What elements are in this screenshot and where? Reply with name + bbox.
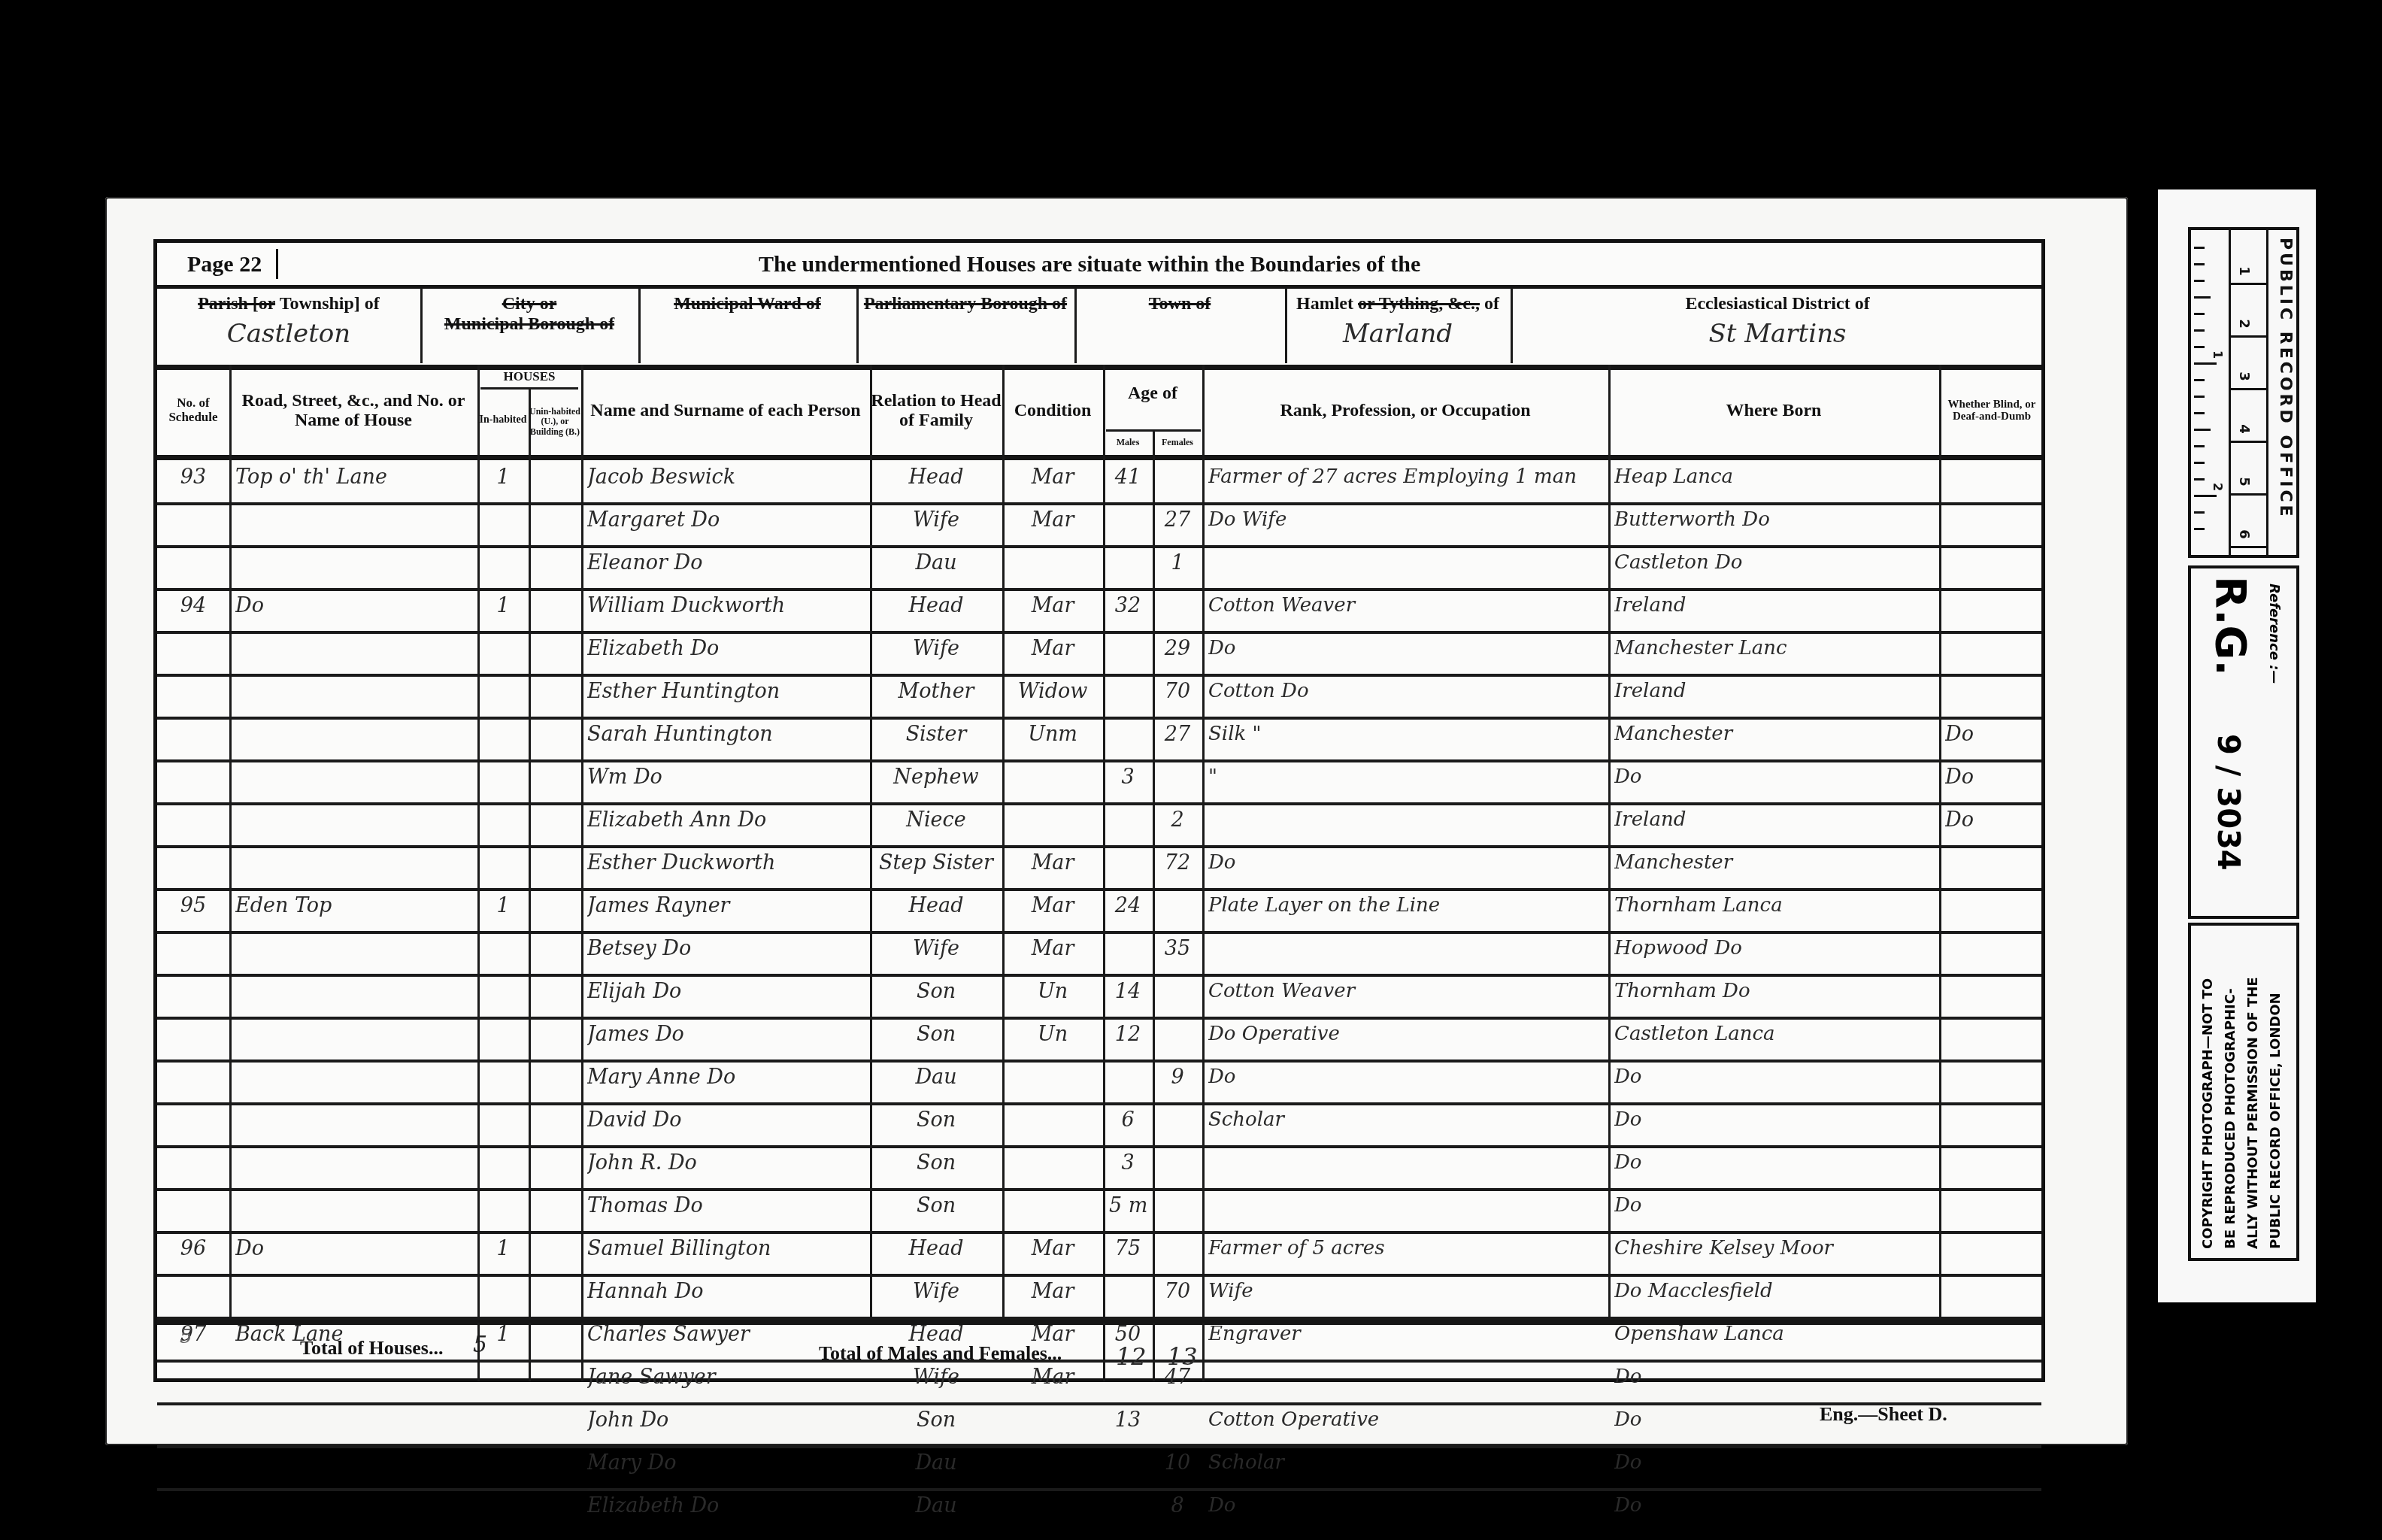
col-header-blind: Whether Blind, or Deaf-and-Dumb — [1939, 369, 2044, 452]
cell-born: Hopwood Do — [1614, 937, 1933, 959]
cell-relation: Dau — [876, 1451, 996, 1475]
table-row: Eleanor DoDau1Castleton Do — [157, 545, 2041, 588]
cell-inhabited: 1 — [483, 1323, 523, 1346]
boundary-label: Hamlet or Tything, &c., of — [1285, 294, 1511, 314]
boundary-label: Town of — [1074, 294, 1285, 314]
table-row: Margaret DoWifeMar27Do WifeButterworth D… — [157, 502, 2041, 545]
total-males: 12 — [1116, 1342, 1147, 1371]
cell-name: Mary Do — [587, 1451, 864, 1475]
table-row: Mary Anne DoDau9DoDo — [157, 1060, 2041, 1102]
boundary-label-part: Parish [or — [198, 294, 275, 314]
cell-female-age: 10 — [1159, 1451, 1196, 1475]
inch-subtick — [2194, 462, 2205, 464]
cell-female-age: 8 — [1159, 1494, 1196, 1517]
totals-column-divider — [581, 1323, 583, 1381]
cell-name: Esther Huntington — [587, 680, 864, 703]
inch-subtick — [2194, 396, 2205, 398]
cm-tick — [2229, 546, 2266, 548]
cell-inhabited: 1 — [483, 465, 523, 489]
cell-born: Do — [1614, 765, 1933, 788]
totals-column-divider — [477, 1323, 480, 1381]
cell-name: Margaret Do — [587, 508, 864, 532]
cell-female-age: 72 — [1159, 851, 1196, 875]
col-header-age: Age of — [1103, 371, 1202, 416]
cell-name: Elizabeth Do — [587, 1494, 864, 1517]
boundary-label-part: Parliamentary Borough of — [864, 294, 1067, 314]
table-row: Elizabeth Ann DoNiece2IrelandDo — [157, 802, 2041, 845]
column-divider — [229, 365, 232, 1320]
boundary-label-part: Ecclesiastical District of — [1685, 294, 1869, 314]
inch-subtick — [2194, 313, 2205, 315]
cell-male-age: 5 mo — [1109, 1194, 1147, 1217]
cell-male-age: 32 — [1109, 594, 1147, 617]
total-houses-label: Total of Houses... — [300, 1337, 443, 1360]
ruler-scale: PUBLIC RECORD OFFICE 123456 12 — [2188, 227, 2299, 558]
table-row: Jane SawyerWifeMar47Do — [157, 1360, 2041, 1402]
boundary-value: Castleton — [157, 319, 420, 349]
cell-relation: Head — [876, 1237, 996, 1260]
boundary-label: Parish [or Township] of — [157, 294, 420, 314]
reference-label: Reference :— — [2266, 584, 2282, 684]
cell-born: Butterworth Do — [1614, 508, 1933, 531]
cell-condition: Mar — [1008, 937, 1097, 960]
inch-subtick — [2194, 263, 2205, 265]
boundary-label-part: of — [1484, 294, 1499, 314]
inch-subtick — [2194, 379, 2205, 381]
col-header-relation: Relation to Head of Family — [870, 369, 1002, 452]
totals-column-divider — [1103, 1323, 1105, 1381]
cell-occupation: Scholar — [1208, 1451, 1602, 1474]
cell-male-age: 13 — [1109, 1408, 1147, 1432]
table-row: Thomas DoSon5 moDo — [157, 1188, 2041, 1231]
cell-relation: Wife — [876, 508, 996, 532]
table-row: Sarah HuntingtonSisterUnm27Silk "Manches… — [157, 717, 2041, 759]
col-header-houses: HOUSES — [477, 368, 581, 386]
cell-female-age: 29 — [1159, 637, 1196, 660]
page-label: Page 22 — [187, 252, 262, 277]
reference-box: Reference :— R.G. 9 / 3034 — [2188, 565, 2299, 919]
cell-occupation: Farmer of 27 acres Employing 1 man — [1208, 465, 1602, 488]
cell-relation: Dau — [876, 1494, 996, 1517]
cell-blind: Do — [1945, 808, 2038, 832]
cell-male-age: 41 — [1109, 465, 1147, 489]
census-form: Page 22 The undermentioned Houses are si… — [153, 239, 2045, 1382]
table-row: John R. DoSon3Do — [157, 1145, 2041, 1188]
cell-relation: Step Sister — [876, 851, 996, 875]
cell-road: Do — [235, 594, 471, 617]
cell-name: Elizabeth Do — [587, 637, 864, 660]
inch-subtick — [2194, 495, 2217, 497]
boundary-cell-5: Hamlet or Tything, &c., of Marland — [1285, 288, 1511, 363]
cell-name: Sarah Huntington — [587, 723, 864, 746]
boundary-cell-0: Parish [or Township] of Castleton — [157, 288, 420, 363]
cell-born: Heap Lanca — [1614, 465, 1933, 488]
cell-male-age: 3 — [1109, 1151, 1147, 1175]
cell-born: Manchester Lanc — [1614, 637, 1933, 659]
column-divider — [1153, 429, 1155, 1320]
cell-relation: Wife — [876, 1366, 996, 1389]
table-row: Betsey DoWifeMar35Hopwood Do — [157, 931, 2041, 974]
table-row: 94Do1William DuckworthHeadMar32Cotton We… — [157, 588, 2041, 631]
inch-subtick — [2194, 528, 2205, 530]
inch-subtick — [2194, 429, 2211, 431]
cell-occupation: Do Wife — [1208, 508, 1602, 531]
total-persons-label: Total of Males and Females... — [819, 1342, 1062, 1365]
totals-divider — [157, 1320, 2041, 1325]
copyright-line: COPYRIGHT PHOTOGRAPH—NOT TO — [2197, 933, 2220, 1249]
cm-tick-label: 1 — [2236, 266, 2252, 276]
cell-occupation: Do Operative — [1208, 1023, 1602, 1045]
cell-female-age: 27 — [1159, 723, 1196, 746]
cell-name: Jane Sawyer — [587, 1366, 864, 1389]
cell-occupation: Wife — [1208, 1280, 1602, 1302]
cell-name: Mary Anne Do — [587, 1066, 864, 1089]
cell-schedule: 97 — [163, 1323, 223, 1346]
cell-relation: Wife — [876, 637, 996, 660]
cell-road: Eden Top — [235, 894, 471, 917]
cell-relation: Wife — [876, 1280, 996, 1303]
cell-name: Hannah Do — [587, 1280, 864, 1303]
cell-born: Manchester — [1614, 723, 1933, 745]
cell-born: Do — [1614, 1194, 1933, 1217]
col-header-condition: Condition — [1002, 369, 1103, 452]
boundary-label-part: Town of — [1149, 294, 1211, 314]
total-females: 13 — [1167, 1342, 1198, 1371]
boundary-label: City or Municipal Borough of — [420, 294, 638, 335]
cell-inhabited: 1 — [483, 894, 523, 917]
column-divider — [1608, 365, 1611, 1320]
table-row: Wm DoNephew3"DoDo — [157, 759, 2041, 802]
cell-condition: Mar — [1008, 851, 1097, 875]
table-row: Elizabeth DoDau8DoDo — [157, 1488, 2041, 1531]
cell-name: Wm Do — [587, 765, 864, 789]
cell-condition: Mar — [1008, 465, 1097, 489]
reference-class: R.G. — [2206, 576, 2255, 676]
boundary-label-part: Municipal Borough of — [444, 314, 614, 334]
copyright-line: BE REPRODUCED PHOTOGRAPHIC- — [2220, 933, 2242, 1249]
boundary-label: Ecclesiastical District of — [1511, 294, 2044, 314]
cell-name: Esther Duckworth — [587, 851, 864, 875]
cell-schedule: 94 — [163, 594, 223, 617]
banner-text: The undermentioned Houses are situate wi… — [759, 252, 1420, 277]
cell-born: Ireland — [1614, 808, 1933, 831]
cm-tick — [2229, 335, 2266, 338]
table-row: John DoSon13Cotton OperativeDo — [157, 1402, 2041, 1445]
cell-condition: Mar — [1008, 594, 1097, 617]
col-header-uninhabited: Unin-habited (U.), or Building (B.) — [529, 390, 581, 453]
cm-tick-label: 2 — [2236, 319, 2252, 329]
inch-subtick — [2194, 280, 2205, 282]
cell-female-age: 1 — [1159, 551, 1196, 574]
cell-occupation: Scholar — [1208, 1108, 1602, 1131]
col-header-name: Name and Surname of each Person — [581, 369, 870, 452]
reference-ruler: PUBLIC RECORD OFFICE 123456 12 Reference… — [2158, 189, 2316, 1302]
cell-female-age: 27 — [1159, 508, 1196, 532]
inch-subtick — [2194, 247, 2205, 249]
cell-schedule: 95 — [163, 894, 223, 917]
page-label-divider — [276, 249, 278, 279]
boundary-value: St Martins — [1511, 319, 2044, 349]
inch-subtick — [2194, 362, 2217, 365]
table-row: James DoSonUn12Do OperativeCastleton Lan… — [157, 1017, 2041, 1060]
boundary-label: Municipal Ward of — [638, 294, 856, 314]
inch-subtick — [2194, 329, 2205, 332]
cell-relation: Head — [876, 465, 996, 489]
cell-relation: Niece — [876, 808, 996, 832]
table-row: Hannah DoWifeMar70WifeDo Macclesfield — [157, 1274, 2041, 1317]
cell-name: James Rayner — [587, 894, 864, 917]
cm-tick — [2229, 388, 2266, 390]
cell-name: William Duckworth — [587, 594, 864, 617]
table-row: Elijah DoSonUn14Cotton WeaverThornham Do — [157, 974, 2041, 1017]
cell-occupation: Cotton Do — [1208, 680, 1602, 702]
column-divider — [529, 387, 531, 1320]
cm-tick-label: 6 — [2236, 529, 2252, 539]
inch-subtick — [2194, 412, 2205, 414]
inch-subtick — [2194, 445, 2205, 447]
cell-condition: Mar — [1008, 637, 1097, 660]
cm-tick — [2229, 441, 2266, 443]
cell-name: John Do — [587, 1408, 864, 1432]
inch-subtick — [2194, 346, 2205, 348]
cell-relation: Nephew — [876, 765, 996, 789]
cell-occupation: Silk " — [1208, 723, 1602, 745]
schedules-count: 5 — [180, 1326, 192, 1348]
cell-occupation: Do — [1208, 1066, 1602, 1088]
col-header-occupation: Rank, Profession, or Occupation — [1202, 369, 1608, 452]
cell-name: John R. Do — [587, 1151, 864, 1175]
cell-name: Elizabeth Ann Do — [587, 808, 864, 832]
cell-born: Do — [1614, 1151, 1933, 1174]
cm-tick — [2229, 283, 2266, 285]
cell-born: Castleton Do — [1614, 551, 1933, 574]
cell-name: Betsey Do — [587, 937, 864, 960]
cell-blind: Do — [1945, 723, 2038, 746]
cell-condition: Mar — [1008, 894, 1097, 917]
cell-condition: Un — [1008, 1023, 1097, 1046]
cell-occupation: Cotton Weaver — [1208, 594, 1602, 617]
cell-road: Top o' th' Lane — [235, 465, 471, 489]
boundary-label: Parliamentary Borough of — [856, 294, 1074, 314]
boundary-cell-3: Parliamentary Borough of — [856, 288, 1074, 363]
column-divider — [1939, 365, 1941, 1320]
cell-blind: Do — [1945, 765, 2038, 789]
cell-born: Do Macclesfield — [1614, 1280, 1933, 1302]
table-row: 93Top o' th' Lane1Jacob BeswickHeadMar41… — [157, 459, 2041, 502]
cell-relation: Son — [876, 1108, 996, 1132]
col-header-schedule: No. of Schedule — [157, 369, 229, 452]
cell-occupation: Cotton Weaver — [1208, 980, 1602, 1002]
boundary-cell-1: City or Municipal Borough of — [420, 288, 638, 363]
table-row: Elizabeth DoWifeMar29DoManchester Lanc — [157, 631, 2041, 674]
cell-born: Openshaw Lanca — [1614, 1323, 1933, 1345]
table-row: Mary DoDau10ScholarDo — [157, 1445, 2041, 1488]
cell-male-age: 75 — [1109, 1237, 1147, 1260]
cell-occupation: Plate Layer on the Line — [1208, 894, 1602, 917]
cell-name: James Do — [587, 1023, 864, 1046]
totals-column-divider — [1153, 1323, 1155, 1381]
col-header-females: Females — [1153, 432, 1202, 453]
cell-female-age: 70 — [1159, 680, 1196, 703]
cell-relation: Son — [876, 1408, 996, 1432]
cell-relation: Dau — [876, 551, 996, 574]
cell-condition: Un — [1008, 980, 1097, 1003]
ruler-title: PUBLIC RECORD OFFICE — [2272, 238, 2295, 520]
copyright-box: COPYRIGHT PHOTOGRAPH—NOT TOBE REPRODUCED… — [2188, 923, 2299, 1261]
boundary-cell-2: Municipal Ward of — [638, 288, 856, 363]
table-row: Esther DuckworthStep SisterMar72DoManche… — [157, 845, 2041, 888]
cell-born: Ireland — [1614, 680, 1933, 702]
cell-relation: Mother — [876, 680, 996, 703]
cell-condition: Mar — [1008, 1366, 1097, 1389]
cell-schedule: 96 — [163, 1237, 223, 1260]
cm-tick-label: 4 — [2236, 424, 2252, 434]
cell-occupation: Engraver — [1208, 1323, 1602, 1345]
cell-born: Thornham Do — [1614, 980, 1933, 1002]
cell-born: Ireland — [1614, 594, 1933, 617]
cell-relation: Head — [876, 594, 996, 617]
copyright-line: ALLY WITHOUT PERMISSION OF THE — [2242, 933, 2265, 1249]
cell-occupation: Do — [1208, 1494, 1602, 1517]
cell-born: Manchester — [1614, 851, 1933, 874]
cell-relation: Wife — [876, 937, 996, 960]
cell-relation: Dau — [876, 1066, 996, 1089]
cell-male-age: 3 — [1109, 765, 1147, 789]
ruler-title-divider — [2266, 230, 2268, 555]
cell-road: Do — [235, 1237, 471, 1260]
copyright-notice: COPYRIGHT PHOTOGRAPH—NOT TOBE REPRODUCED… — [2197, 933, 2287, 1249]
table-row: David DoSon6ScholarDo — [157, 1102, 2041, 1145]
column-divider — [1103, 365, 1105, 1320]
cell-born: Do — [1614, 1108, 1933, 1131]
table-row: Esther HuntingtonMotherWidow70Cotton DoI… — [157, 674, 2041, 717]
cell-occupation: " — [1208, 765, 1602, 788]
cell-male-age: 6 — [1109, 1108, 1147, 1132]
cell-occupation: Cotton Operative — [1208, 1408, 1602, 1431]
cell-born: Thornham Lanca — [1614, 894, 1933, 917]
cell-born: Do — [1614, 1366, 1933, 1388]
cell-male-age: 14 — [1109, 980, 1147, 1003]
cm-tick — [2229, 493, 2266, 496]
inch-subtick — [2194, 296, 2211, 299]
cell-male-age: 24 — [1109, 894, 1147, 917]
sheet-footer-label: Eng.—Sheet D. — [1820, 1403, 1947, 1426]
cell-female-age: 35 — [1159, 937, 1196, 960]
cell-inhabited: 1 — [483, 594, 523, 617]
cell-occupation: Do — [1208, 637, 1602, 659]
inch-subtick — [2194, 511, 2205, 514]
boundary-label-part: or Tything, &c., — [1358, 294, 1480, 314]
column-divider — [477, 365, 480, 1320]
cell-occupation: Farmer of 5 acres — [1208, 1237, 1602, 1260]
reference-piece: 9 / 3034 — [2211, 734, 2245, 871]
cell-born: Castleton Lanca — [1614, 1023, 1933, 1045]
inch-subtick — [2194, 478, 2205, 480]
total-houses-value: 5 — [473, 1332, 487, 1358]
cell-female-age: 70 — [1159, 1280, 1196, 1303]
column-divider — [581, 365, 583, 1320]
column-divider — [1202, 365, 1205, 1320]
cell-condition: Mar — [1008, 1237, 1097, 1260]
cell-condition: Mar — [1008, 508, 1097, 532]
cell-born: Do — [1614, 1451, 1933, 1474]
cell-born: Do — [1614, 1066, 1933, 1088]
cell-female-age: 2 — [1159, 808, 1196, 832]
boundary-value: Marland — [1285, 319, 1511, 349]
table-row: 95Eden Top1James RaynerHeadMar24Plate La… — [157, 888, 2041, 931]
cell-relation: Son — [876, 980, 996, 1003]
col-header-road: Road, Street, &c., and No. or Name of Ho… — [229, 369, 477, 452]
cell-name: Samuel Billington — [587, 1237, 864, 1260]
totals-column-divider — [529, 1323, 531, 1381]
cell-condition: Widow — [1008, 680, 1097, 703]
cell-schedule: 93 — [163, 465, 223, 489]
inch-tick-label: 1 — [2211, 350, 2225, 359]
boundary-cell-6: Ecclesiastical District of St Martins — [1511, 288, 2044, 363]
cell-occupation: Do — [1208, 851, 1602, 874]
cell-condition: Mar — [1008, 1280, 1097, 1303]
cm-tick-label: 5 — [2236, 477, 2252, 487]
cell-name: Elijah Do — [587, 980, 864, 1003]
totals-column-divider — [1202, 1323, 1205, 1381]
cell-relation: Son — [876, 1151, 996, 1175]
boundary-label-part: City or — [502, 294, 557, 314]
cell-relation: Sister — [876, 723, 996, 746]
boundary-cell-4: Town of — [1074, 288, 1285, 363]
cell-female-age: 9 — [1159, 1066, 1196, 1089]
cell-relation: Son — [876, 1194, 996, 1217]
cell-name: Jacob Beswick — [587, 465, 864, 489]
cell-inhabited: 1 — [483, 1237, 523, 1260]
boundary-label-part: Municipal Ward of — [674, 294, 821, 314]
cell-born: Do — [1614, 1494, 1933, 1517]
cell-male-age: 12 — [1109, 1023, 1147, 1046]
table-row: 96Do1Samuel BillingtonHeadMar75Farmer of… — [157, 1231, 2041, 1274]
inch-tick-label: 2 — [2211, 483, 2225, 491]
cell-name: Eleanor Do — [587, 551, 864, 574]
boundary-label-part: Hamlet — [1296, 294, 1353, 314]
cell-relation: Head — [876, 894, 996, 917]
column-divider — [1002, 365, 1005, 1320]
copyright-line: PUBLIC RECORD OFFICE, LONDON — [2265, 933, 2287, 1249]
cell-relation: Son — [876, 1023, 996, 1046]
boundary-label-part: Township] of — [280, 294, 380, 314]
cm-tick-label: 3 — [2236, 371, 2252, 381]
cell-born: Cheshire Kelsey Moor — [1614, 1237, 1933, 1260]
col-header-males: Males — [1103, 432, 1153, 453]
ruler-cm-divider — [2229, 230, 2231, 555]
col-header-born: Where Born — [1608, 369, 1939, 452]
column-divider — [870, 365, 872, 1320]
col-header-inhabited: In-habited — [477, 390, 529, 450]
cell-name: Thomas Do — [587, 1194, 864, 1217]
cell-condition: Unm — [1008, 723, 1097, 746]
cell-name: David Do — [587, 1108, 864, 1132]
